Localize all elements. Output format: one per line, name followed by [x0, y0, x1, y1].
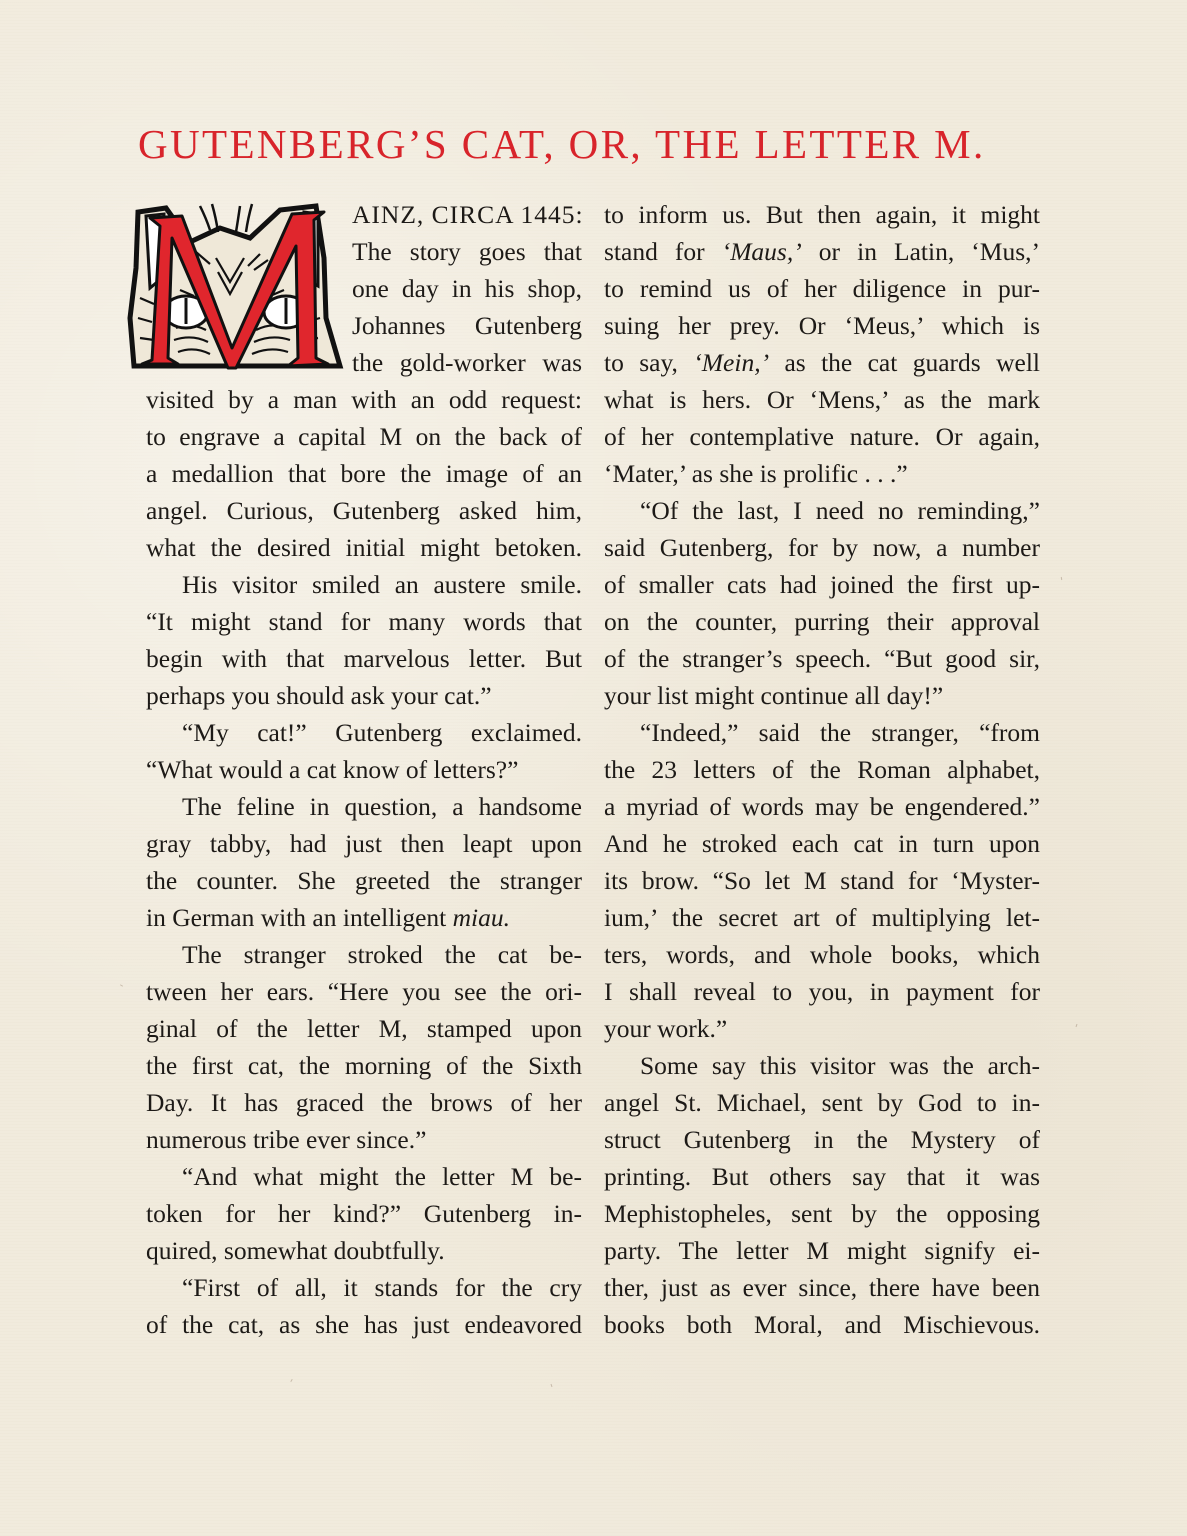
text-line-paragraph-start: The stranger stroked the cat be- [146, 936, 582, 973]
drop-cap-cat-m-illustration [120, 198, 346, 372]
text-line: to say, ‘Mein,’ as the cat guards well [604, 344, 1040, 381]
text-line: of her contemplative nature. Or again, [604, 418, 1040, 455]
text-line: quired, somewhat doubtfully. [146, 1232, 582, 1269]
text-line: perhaps you should ask your cat.” [146, 677, 582, 714]
opening-smallcaps: AINZ, CIRCA 1445: [352, 200, 584, 229]
text-line: visited by a man with an odd request: [146, 381, 582, 418]
text-line: angel St. Michael, sent by God to in- [604, 1084, 1040, 1121]
italic-word: ‘Mein,’ [693, 348, 769, 377]
text-line: its brow. “So let M stand for ‘Myster- [604, 862, 1040, 899]
page-title: GUTENBERG’S CAT, OR, THE LETTER M. [138, 118, 1043, 170]
text-line: ‘Mater,’ as she is prolific . . .” [604, 455, 1040, 492]
text-line: said Gutenberg, for by now, a number [604, 529, 1040, 566]
text-line-paragraph-start: Some say this visitor was the arch- [604, 1047, 1040, 1084]
text-line: of the stranger’s speech. “But good sir, [604, 640, 1040, 677]
text-line: Day. It has graced the brows of her [146, 1084, 582, 1121]
text-line-paragraph-start: The feline in question, a handsome [146, 788, 582, 825]
text-line-paragraph-start: “First of all, it stands for the cry [146, 1269, 582, 1306]
text-line: printing. But others say that it was [604, 1158, 1040, 1195]
text-line: And he stroked each cat in turn upon [604, 825, 1040, 862]
text-line: of smaller cats had joined the first up- [604, 566, 1040, 603]
text-line-paragraph-start: His visitor smiled an austere smile. [146, 566, 582, 603]
text-line: token for her kind?” Gutenberg in- [146, 1195, 582, 1232]
text-line-paragraph-start: “My cat!” Gutenberg exclaimed. [146, 714, 582, 751]
text-span: in German with an intelligent [146, 903, 453, 932]
text-line: ther, just as ever since, there have bee… [604, 1269, 1040, 1306]
text-line: the counter. She greeted the stranger [146, 862, 582, 899]
text-line: gray tabby, had just then leapt upon [146, 825, 582, 862]
text-line: ium,’ the secret art of multiplying let- [604, 899, 1040, 936]
text-span: stand for [604, 237, 722, 266]
text-line: to inform us. But then again, it might [604, 196, 1040, 233]
text-line: I shall reveal to you, in payment for [604, 973, 1040, 1010]
text-line: ters, words, and whole books, which [604, 936, 1040, 973]
text-line: a medallion that bore the image of an [146, 455, 582, 492]
text-line: the first cat, the morning of the Sixth [146, 1047, 582, 1084]
text-line: struct Gutenberg in the Mystery of [604, 1121, 1040, 1158]
text-line: to engrave a capital M on the back of [146, 418, 582, 455]
paper-fiber-decoration [551, 1384, 553, 1387]
text-line: ginal of the letter M, stamped upon [146, 1010, 582, 1047]
text-line: The story goes that [352, 233, 582, 270]
text-line: numerous tribe ever since.” [146, 1121, 582, 1158]
text-line: “What would a cat know of letters?” [146, 751, 582, 788]
text-line: party. The letter M might signify ei- [604, 1232, 1040, 1269]
text-line: Mephistopheles, sent by the opposing [604, 1195, 1040, 1232]
text-span: or in Latin, ‘Mus,’ [802, 237, 1040, 266]
text-line: begin with that marvelous letter. But [146, 640, 582, 677]
text-line: the 23 letters of the Roman alphabet, [604, 751, 1040, 788]
text-line: the gold-worker was [352, 344, 582, 381]
text-line-paragraph-start: “Of the last, I need no reminding,” [604, 492, 1040, 529]
text-line: in German with an intelligent miau. [146, 899, 582, 936]
paper-fiber-decoration [1076, 1024, 1078, 1027]
text-line: books both Moral, and Mischievous. [604, 1306, 1040, 1343]
text-line: a myriad of words may be engendered.” [604, 788, 1040, 825]
text-line: your list might continue all day!” [604, 677, 1040, 714]
text-line: to remind us of her diligence in pur- [604, 270, 1040, 307]
text-line-paragraph-start: “Indeed,” said the stranger, “from [604, 714, 1040, 751]
text-line: stand for ‘Maus,’ or in Latin, ‘Mus,’ [604, 233, 1040, 270]
text-line: on the counter, purring their approval [604, 603, 1040, 640]
paper-fiber-decoration [120, 984, 123, 986]
paper-fiber-decoration [1061, 577, 1063, 580]
text-line: Johannes Gutenberg [352, 307, 582, 344]
text-line: of the cat, as she has just endeavored [146, 1306, 582, 1343]
text-line: your work.” [604, 1010, 1040, 1047]
text-line: angel. Curious, Gutenberg asked him, [146, 492, 582, 529]
text-line: what is hers. Or ‘Mens,’ as the mark [604, 381, 1040, 418]
paper-fiber-decoration [290, 1379, 292, 1382]
text-line: what the desired initial might betoken. [146, 529, 582, 566]
text-line: tween her ears. “Here you see the ori- [146, 973, 582, 1010]
text-line: one day in his shop, [352, 270, 582, 307]
cat-woodcut-icon [120, 198, 346, 372]
text-line: suing her prey. Or ‘Meus,’ which is [604, 307, 1040, 344]
text-line: “It might stand for many words that [146, 603, 582, 640]
text-span: as the cat guards well [769, 348, 1040, 377]
italic-word: ‘Maus,’ [722, 237, 802, 266]
text-line: AINZ, CIRCA 1445: [352, 196, 582, 233]
italic-word: miau. [453, 903, 510, 932]
text-span: to say, [604, 348, 693, 377]
text-line-paragraph-start: “And what might the letter M be- [146, 1158, 582, 1195]
